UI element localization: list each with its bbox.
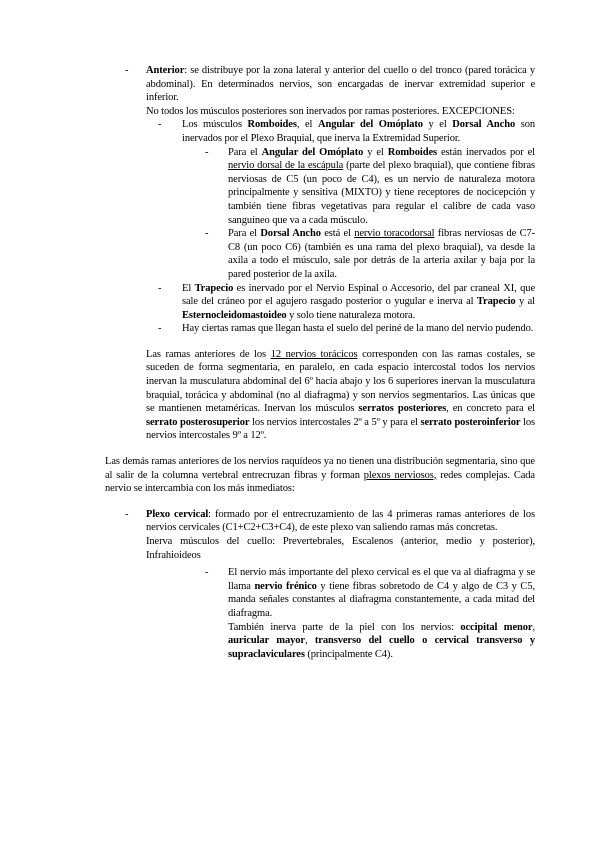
text-run: nervio toracodorsal bbox=[354, 228, 434, 239]
text-run: serratos posteriores bbox=[358, 403, 446, 414]
bullet-paragraph: -Hay ciertas ramas que llegan hasta el s… bbox=[182, 322, 535, 336]
text-run: Dorsal Ancho bbox=[452, 119, 515, 130]
bullet-paragraph: -Anterior: se distribuye por la zona lat… bbox=[146, 64, 535, 105]
text-run: auricular mayor bbox=[228, 635, 305, 646]
bullet-marker: - bbox=[125, 508, 128, 522]
text-run: Para el bbox=[228, 147, 262, 158]
paragraph: Las demás ramas anteriores de los nervio… bbox=[105, 455, 535, 496]
paragraph: Las ramas anteriores de los 12 nervios t… bbox=[146, 348, 535, 443]
bullet-marker: - bbox=[125, 64, 128, 78]
text-run: El bbox=[182, 283, 195, 294]
text-run: plexos nerviosos, bbox=[364, 470, 437, 481]
text-run: , en concreto para el bbox=[446, 403, 535, 414]
text-run: Esternocleidomastoideo bbox=[182, 310, 287, 321]
text-run: Dorsal Ancho bbox=[260, 228, 321, 239]
bullet-marker: - bbox=[158, 118, 161, 132]
text-run: Trapecio bbox=[477, 296, 516, 307]
paragraph: No todos los músculos posteriores son in… bbox=[146, 105, 535, 119]
text-run: Para el bbox=[228, 228, 260, 239]
bullet-paragraph: -El Trapecio es inervado por el Nervio E… bbox=[182, 282, 535, 323]
text-run: Hay ciertas ramas que llegan hasta el su… bbox=[182, 323, 533, 334]
bullet-paragraph: -El nervio más importante del plexo cerv… bbox=[228, 566, 535, 620]
bullet-marker: - bbox=[205, 227, 208, 241]
text-run: y el bbox=[423, 119, 452, 130]
text-run: (principalmente C4). bbox=[305, 649, 393, 660]
text-run: los nervios intercostales 2º a 5º y para… bbox=[249, 417, 420, 428]
bullet-paragraph: -Para el Dorsal Ancho está el nervio tor… bbox=[228, 227, 535, 281]
text-run: Romboides bbox=[248, 119, 297, 130]
text-run: , bbox=[532, 622, 535, 633]
text-run: Trapecio bbox=[195, 283, 234, 294]
bullet-marker: - bbox=[158, 322, 161, 336]
text-run: serrato posterosuperior bbox=[146, 417, 249, 428]
text-run: 12 nervios torácicos bbox=[271, 349, 358, 360]
text-run: y solo tiene naturaleza motora. bbox=[287, 310, 416, 321]
text-run: Plexo cervical bbox=[146, 509, 208, 520]
text-run: No todos los músculos posteriores son in… bbox=[146, 106, 515, 117]
text-run: nervio dorsal de la escápula bbox=[228, 160, 343, 171]
paragraph: Inerva músculos del cuello: Prevertebral… bbox=[146, 535, 535, 562]
text-run: Las ramas anteriores de los bbox=[146, 349, 271, 360]
text-run: están inervados por el bbox=[437, 147, 535, 158]
text-run: Angular del Omóplato bbox=[318, 119, 423, 130]
bullet-marker: - bbox=[205, 146, 208, 160]
bullet-marker: - bbox=[205, 566, 208, 580]
text-run: , bbox=[305, 635, 315, 646]
text-run: occipital menor bbox=[460, 622, 532, 633]
text-run: Angular del Omóplato bbox=[262, 147, 364, 158]
text-run: Romboides bbox=[388, 147, 437, 158]
text-run: Anterior bbox=[146, 65, 184, 76]
bullet-paragraph: -Plexo cervical: formado por el entrecru… bbox=[146, 508, 535, 535]
text-run: está el bbox=[321, 228, 354, 239]
bullet-paragraph: -Los músculos Romboides, el Angular del … bbox=[182, 118, 535, 145]
text-run: También inerva parte de la piel con los … bbox=[228, 622, 460, 633]
text-run: nervio frénico bbox=[254, 581, 316, 592]
bullet-paragraph: -Para el Angular del Omóplato y el Rombo… bbox=[228, 146, 535, 228]
text-run: Los músculos bbox=[182, 119, 248, 130]
text-run: y al bbox=[516, 296, 535, 307]
text-run: , el bbox=[297, 119, 318, 130]
document-page: -Anterior: se distribuye por la zona lat… bbox=[0, 0, 600, 848]
paragraph: También inerva parte de la piel con los … bbox=[228, 621, 535, 662]
text-run: y el bbox=[363, 147, 387, 158]
text-run: : se distribuye por la zona lateral y an… bbox=[146, 65, 535, 103]
bullet-marker: - bbox=[158, 282, 161, 296]
document-content: -Anterior: se distribuye por la zona lat… bbox=[105, 64, 535, 661]
text-run: Inerva músculos del cuello: Prevertebral… bbox=[146, 536, 535, 561]
text-run: serrato posteroinferior bbox=[420, 417, 520, 428]
